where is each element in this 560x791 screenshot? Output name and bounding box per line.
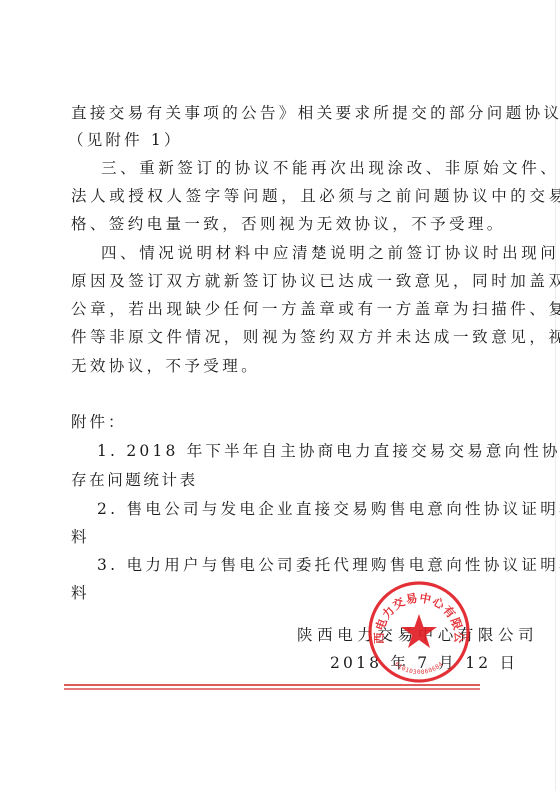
red-divider-rule-thin bbox=[64, 688, 480, 690]
body-line: 原因及签订双方就新签订协议已达成一致意见，同时加盖双方 bbox=[71, 271, 560, 291]
attachment-item-3: 3. 电力用户与售电公司委托代理购售电意向性协议证明材 bbox=[97, 555, 560, 575]
attachment-item-1-continued: 存在问题统计表 bbox=[71, 470, 198, 490]
attachment-item-3-continued: 料 bbox=[71, 583, 90, 603]
body-line: 格、签约电量一致，否则视为无效协议，不予受理。 bbox=[71, 214, 506, 234]
body-line-paragraph-4: 四、情况说明材料中应清楚说明之前签订协议时出现问题 bbox=[101, 243, 560, 263]
attachments-title: 附件： bbox=[71, 412, 127, 432]
body-line: 公章，若出现缺少任何一方盖章或有一方盖章为扫描件、复印 bbox=[71, 299, 560, 319]
signature-date: 2018 年 7 月 12 日 bbox=[330, 653, 518, 673]
body-line: 件等非原文件情况，则视为签约双方并未达成一致意见，视为 bbox=[71, 327, 560, 347]
signature-organization: 陕西电力交易中心有限公司 bbox=[297, 625, 538, 645]
attachment-item-2: 2. 售电公司与发电企业直接交易购售电意向性协议证明材 bbox=[97, 499, 560, 519]
body-line: 无效协议，不予受理。 bbox=[71, 356, 260, 376]
attachment-item-1: 1. 2018 年下半年自主协商电力直接交易交易意向性协议 bbox=[97, 441, 560, 461]
body-line: （见附件 1） bbox=[68, 130, 183, 150]
body-line: 直接交易有关事项的公告》相关要求所提交的部分问题协议。 bbox=[71, 103, 560, 123]
body-line: 法人或授权人签字等问题，且必须与之前问题协议中的交易价 bbox=[71, 186, 560, 206]
red-divider-rule bbox=[64, 684, 480, 686]
body-line-paragraph-3: 三、重新签订的协议不能再次出现涂改、非原始文件、无 bbox=[101, 158, 560, 178]
attachment-item-2-continued: 料 bbox=[71, 527, 90, 547]
